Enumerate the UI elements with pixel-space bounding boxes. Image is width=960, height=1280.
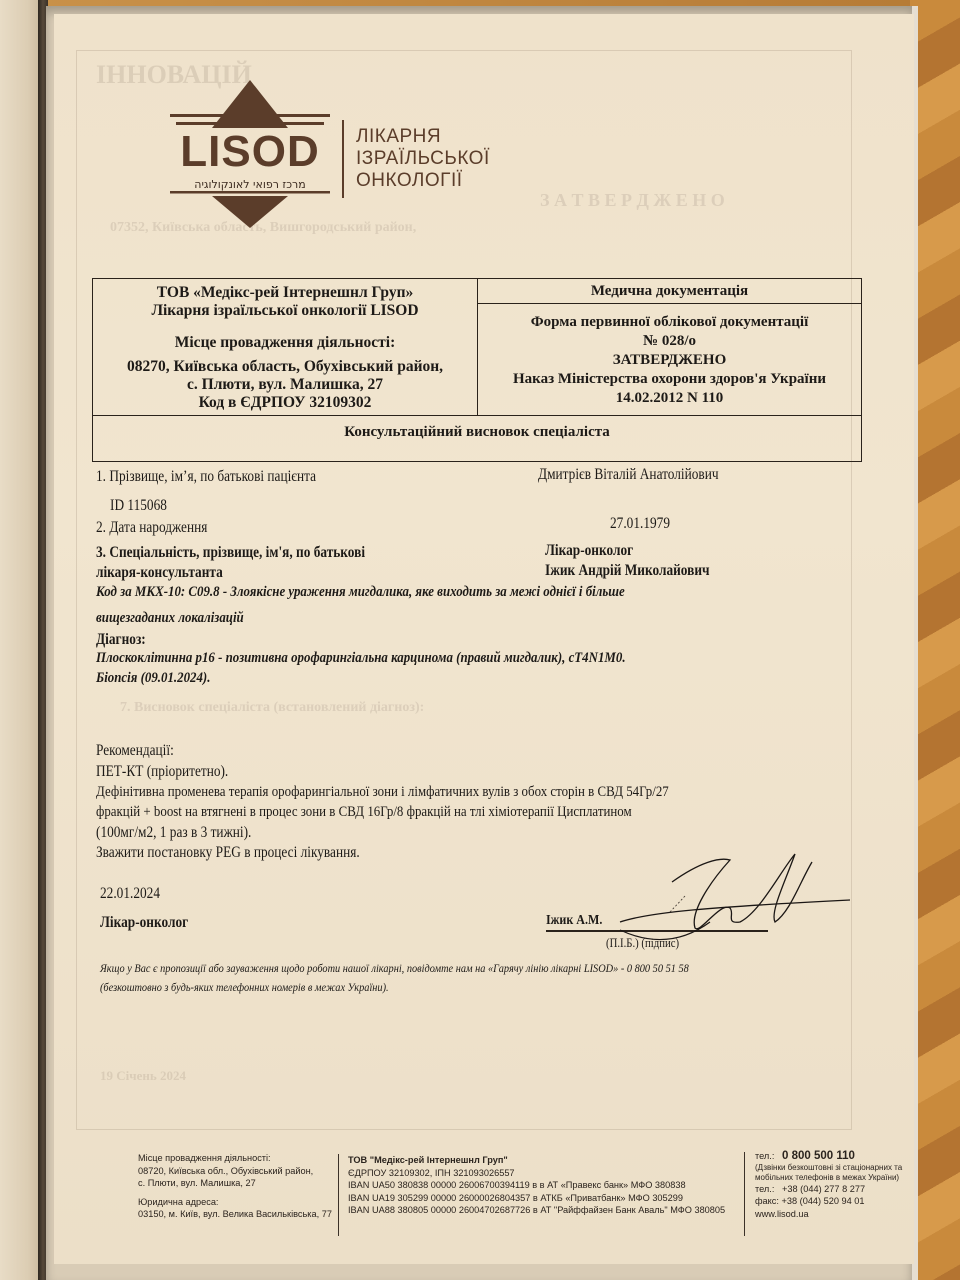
phone-number: +38 (044) 277 8 277	[782, 1184, 865, 1194]
hotline-phone: 0 800 500 110	[782, 1150, 855, 1162]
form-number: № 028/о	[478, 332, 861, 351]
order-date: 14.02.2012 N 110	[478, 389, 861, 408]
form-description: Форма первинної облікової документації	[478, 313, 861, 332]
diagnosis-label: Діагноз:	[96, 630, 146, 650]
diagnosis-text: Біопсія (09.01.2024).	[96, 668, 210, 688]
footer-divider	[744, 1152, 745, 1236]
fax-number: +38 (044) 520 94 01	[782, 1196, 865, 1206]
show-through-text: З А Т В Е Р Д Ж Е Н О	[540, 190, 725, 211]
header-table: ТОВ «Медікс-рей Інтернешнл Груп» Лікарня…	[92, 278, 862, 462]
website-link: www.lisod.ua	[755, 1208, 902, 1221]
patient-name-value: Дмитрієв Віталій Анатолійович	[538, 465, 719, 485]
form-info-block: Медична документація Форма первинної обл…	[478, 279, 861, 415]
lisod-logo: LISOD מרכז רפואי לאונקולוגיה ЛІКАРНЯ ІЗР…	[150, 78, 510, 228]
dob-value: 27.01.1979	[610, 514, 670, 534]
footer-contacts: тел.: 0 800 500 110 (Дзвінки безкоштовні…	[755, 1150, 902, 1220]
handwritten-signature-icon	[560, 852, 860, 952]
recommendation-item: ПЕТ-КТ (пріоритетно).	[96, 762, 228, 782]
show-through-text: 7. Висновок спеціаліста (встановлений ді…	[120, 700, 424, 716]
activity-label: Місце провадження діяльності:	[93, 334, 477, 352]
medical-documentation-title: Медична документація	[478, 279, 861, 304]
hotline-note: (безкоштовно з будь-яких телефонних номе…	[100, 978, 389, 996]
recommendation-item: Дефінітивна променева терапія орофарингі…	[96, 782, 669, 802]
document-title: Консультаційний висновок спеціаліста	[93, 415, 861, 461]
recommendations-label: Рекомендації:	[96, 741, 174, 761]
show-through-text: 19 Січень 2024	[100, 1068, 186, 1084]
logo-subtitle: ЛІКАРНЯ ІЗРАЇЛЬСЬКОЇ ОНКОЛОГІЇ	[356, 126, 490, 192]
address-line: с. Плюти, вул. Малишка, 27	[93, 376, 477, 394]
doctor-label: лікаря-консультанта	[96, 563, 223, 583]
diagnosis-text: Плоскоклітинна р16 - позитивна орофаринг…	[96, 648, 626, 668]
logo-hebrew-text: מרכז רפואי לאונקולוגיה	[172, 178, 328, 191]
footer-bank-details: ТОВ "Медікс-рей Інтернешнл Груп" ЄДРПОУ …	[348, 1154, 725, 1217]
hotline-note: Якщо у Вас є пропозиції або зауваження щ…	[100, 959, 689, 977]
hospital-name: Лікарня ізраїльської онкології LISOD	[93, 302, 477, 320]
ministry-order: Наказ Міністерства охорони здоров'я Укра…	[478, 370, 861, 389]
recommendation-item: (100мг/м2, 1 раз в 3 тижні).	[96, 823, 251, 843]
icd-code: вищезгаданих локалізацій	[96, 608, 244, 628]
dob-label: 2. Дата народження	[96, 518, 207, 538]
doctor-specialty: Лікар-онколог	[545, 541, 633, 561]
logo-wordmark: LISOD	[170, 128, 330, 176]
approved-stamp: ЗАТВЕРДЖЕНО	[478, 351, 861, 370]
company-name: ТОВ «Медікс-рей Інтернешнл Груп»	[93, 284, 477, 302]
footer-divider	[338, 1154, 339, 1236]
icd-code: Код за МКХ-10: С09.8 - Злоякісне ураженн…	[96, 582, 625, 602]
doctor-label: 3. Спеціальність, прізвище, ім'я, по бат…	[96, 543, 365, 563]
document-date: 22.01.2024	[100, 884, 160, 904]
doctor-name: Іжик Андрій Миколайович	[545, 561, 710, 581]
recommendation-item: Зважити постановку PEG в процесі лікуван…	[96, 843, 360, 863]
letterhead-footer: Місце провадження діяльності: 08720, Киї…	[138, 1150, 908, 1250]
patient-id: ID 115068	[110, 496, 167, 516]
institution-block: ТОВ «Медікс-рей Інтернешнл Груп» Лікарня…	[93, 279, 478, 415]
edrpou-code: Код в ЄДРПОУ 32109302	[93, 394, 477, 412]
footer-activity-address: Місце провадження діяльності: 08720, Киї…	[138, 1152, 332, 1221]
signer-position: Лікар-онколог	[100, 913, 188, 933]
recommendation-item: фракцій + boost на втягнені в процес зон…	[96, 802, 632, 822]
address-line: 08270, Київська область, Обухівський рай…	[93, 358, 477, 376]
logo-divider	[342, 120, 344, 198]
binder-cover	[0, 0, 40, 1280]
patient-name-label: 1. Прізвище, ім’я, по батькові пацієнта	[96, 467, 316, 487]
